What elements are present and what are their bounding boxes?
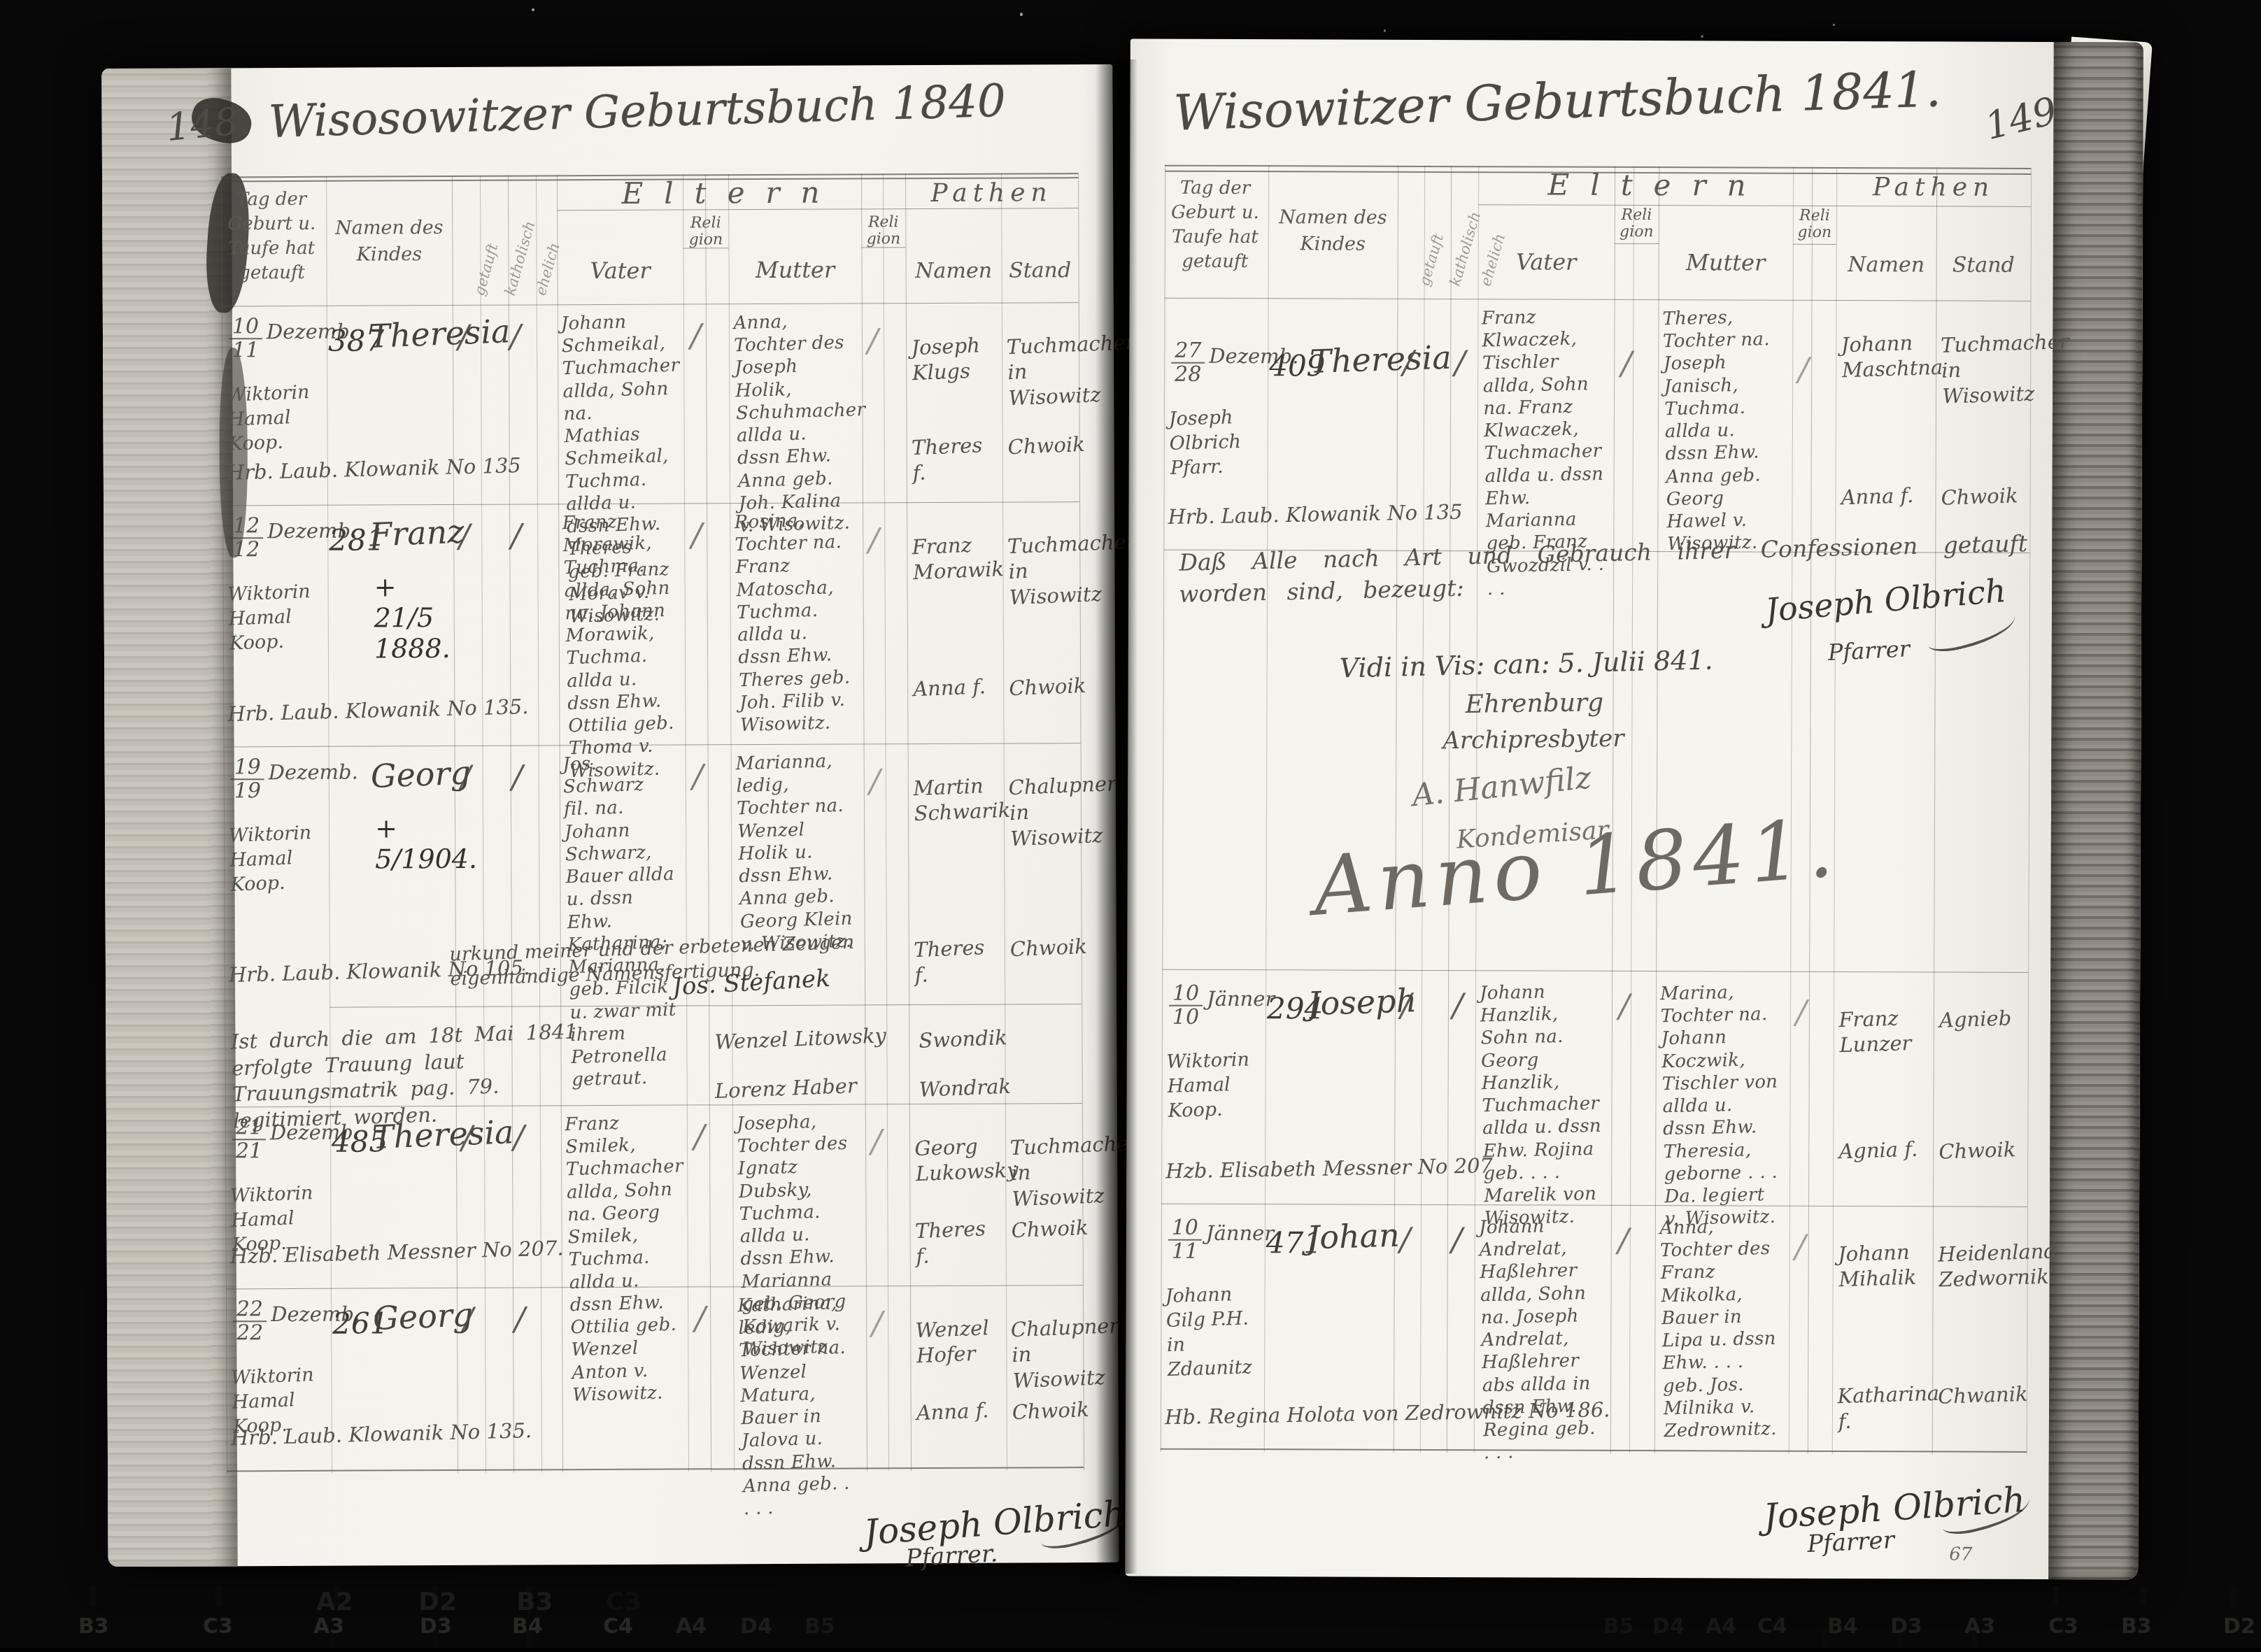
table-row-line — [1165, 298, 2031, 301]
page-number-right: 149 — [1980, 89, 2061, 149]
godparent-name: Theres f. — [914, 1215, 1001, 1269]
table-column-line — [536, 175, 542, 1472]
godparent-stand: Chalupner in Wisowitz — [1008, 772, 1078, 850]
header-date-column: Tag der Geburt u. Taufe hat getauft — [224, 187, 320, 286]
entry-tally-stroke: ∕ — [868, 520, 879, 558]
ruler-label: A2 — [316, 1588, 353, 1616]
ruler-label: A4 — [676, 1614, 707, 1639]
entry-tally-stroke: ∕ — [872, 1304, 883, 1341]
header-namen: Namen — [906, 259, 1002, 284]
table-column-line — [326, 176, 332, 1474]
ruler-label: C4 — [1757, 1614, 1787, 1639]
ruler-label: C3 — [606, 1588, 642, 1616]
header-child-name: Namen des Kindes — [1274, 204, 1392, 257]
table-row-line — [1615, 243, 1659, 244]
entry-tally-stroke: ∕ — [511, 517, 522, 555]
entry-tally-stroke: ∕ — [1795, 1227, 1806, 1265]
godparent-name: Franz Morawik — [912, 532, 998, 585]
ruler-label: A3 — [313, 1614, 344, 1639]
entry-celebrant: Joseph Olbrich Pfarr. — [1168, 404, 1267, 481]
table-row-line — [1793, 244, 1836, 245]
table-column-line — [883, 173, 889, 1471]
entry-tally-stroke: ∕ — [870, 762, 881, 799]
priest-signature-title: Pfarrer — [1806, 1526, 1894, 1558]
godparent-stand: Chwoik — [1941, 483, 2026, 511]
film-speck — [1701, 35, 1703, 38]
header-date-column: Tag der Geburt u. Taufe hat getauft — [1168, 176, 1263, 275]
godparent-name: Anna f. — [1841, 482, 1930, 510]
witness-name: Lorenz Haber — [714, 1071, 897, 1104]
header-religion: Reli gion — [1615, 207, 1659, 241]
ruler-label: D3 — [1890, 1614, 1922, 1639]
father-text: Johann Andrelat, Haßlehrer allda, Sohn n… — [1479, 1214, 1605, 1465]
header-stand: Stand — [1936, 253, 2031, 278]
ruler-tick — [2053, 1586, 2059, 1606]
entry-tally-stroke: ∕ — [458, 318, 469, 355]
ruler-label: B3 — [516, 1588, 553, 1616]
godparent-name: Johann Mihalik — [1838, 1239, 1928, 1292]
entry-tally-stroke: ∕ — [1452, 986, 1463, 1024]
entry-child-name: Johan — [1306, 1216, 1400, 1257]
entry-date: 2728 — [1171, 340, 1205, 385]
header-pathen: Pathen — [1836, 173, 2031, 202]
godparent-name: Theres f. — [914, 934, 1000, 988]
entry-tally-stroke: ∕ — [514, 1300, 525, 1338]
ruler-label: C3 — [2048, 1614, 2078, 1639]
godparent-stand: Chwoik — [1012, 1397, 1079, 1425]
witness-surname: Wondrak — [919, 1071, 1073, 1102]
entry-tally-stroke: ∕ — [1403, 343, 1414, 381]
entry-child-name: Georg — [370, 753, 472, 795]
entry-date: 1212 — [229, 515, 263, 560]
godparent-name: Johann Maschtna — [1841, 329, 1931, 383]
entry-child-name: Theresia — [368, 312, 511, 355]
entry-date: 1010 — [1169, 983, 1203, 1028]
entry-child-name: Theresia — [1309, 339, 1452, 380]
entry-month: Dezemb. — [269, 760, 358, 785]
entry-tally-stroke: ∕ — [693, 757, 704, 795]
midwife-note: Hrb. Laub. Klowanik No 135. — [227, 695, 529, 726]
ruler-label: D4 — [1652, 1614, 1685, 1639]
entry-date: 1919 — [231, 756, 264, 802]
vidi-title: Archipresbyter — [1443, 725, 1624, 755]
midwife-note: Hrb. Laub. Klowanik No 135 — [226, 453, 521, 485]
entry-month: Jänner — [1206, 1221, 1274, 1245]
entry-tally-stroke: ∕ — [512, 758, 523, 796]
page-title-left: Wisosowitzer Geburtsbuch 1840 — [268, 76, 1007, 148]
vidi-place: Ehrenburg — [1465, 688, 1603, 719]
entry-date: 2222 — [233, 1298, 267, 1344]
confession-signature-title: Pfarrer — [1827, 635, 1911, 666]
godparent-stand: Heidenland Zedwornik — [1938, 1239, 2024, 1293]
page-title-right: Wisowitzer Geburtsbuch 1841. — [1173, 60, 1942, 141]
godparent-name: Anna f. — [916, 1397, 1001, 1425]
vidi-signature: A. Hanwfilz — [1410, 760, 1593, 813]
godparent-stand: Tuchmacher in Wisowitz — [1009, 1132, 1079, 1211]
header-vater: Vater — [1478, 248, 1615, 276]
header-rotated-label: getauft — [1416, 232, 1447, 287]
ruler-label: B4 — [512, 1614, 543, 1639]
page-number-left: 148. — [164, 98, 252, 150]
entry-tally-stroke: ∕ — [867, 321, 879, 359]
table-column-line — [1654, 166, 1659, 1453]
table-row-line — [329, 1004, 1082, 1008]
godparent-stand: Chwoik — [1938, 1137, 2024, 1165]
entry-tally-stroke: ∕ — [695, 1299, 706, 1337]
entry-tally-stroke: ∕ — [691, 515, 702, 553]
ruler-label: B4 — [1827, 1614, 1858, 1639]
entry-date: 1011 — [1168, 1217, 1202, 1262]
entry-celebrant: Wiktorin Hamal Koop. — [1166, 1047, 1265, 1124]
table-column-line — [728, 174, 735, 1472]
mother-text: Marina, Tochter na. Johann Koczwik, Tisc… — [1660, 981, 1782, 1231]
entry-celebrant: Wiktorin Hamal Koop. — [228, 820, 327, 897]
entry-death-note: + 21/5 1888. — [374, 571, 450, 664]
midwife-note: Hzb. Elisabeth Messner No 207 — [1165, 1153, 1493, 1183]
header-religion: Reli gion — [683, 215, 728, 249]
entry-tally-stroke: ∕ — [1401, 986, 1412, 1024]
left-page: 148. Wisosowitzer Geburtsbuch 1840 urkun… — [101, 64, 1119, 1567]
ruler-tick — [2230, 1586, 2236, 1606]
father-text: Johann Hanzlik, Sohn na. Georg Hanzlik, … — [1480, 980, 1606, 1230]
ruler-label: B5 — [1603, 1614, 1634, 1639]
entry-tally-stroke: ∕ — [1796, 993, 1807, 1031]
priest-signature-title: Pfarrer. — [905, 1539, 999, 1572]
entry-celebrant: Wiktorin Hamal Koop. — [227, 379, 326, 457]
godparent-stand: Chalupner in Wisowitz — [1010, 1314, 1080, 1393]
entry-tally-stroke: ∕ — [513, 1118, 525, 1156]
header-eltern: Eltern — [1478, 167, 1836, 203]
table-row-line — [1478, 204, 2031, 207]
godparent-name: Martin Schwarik — [913, 772, 1000, 826]
entry-tally-stroke: ∕ — [871, 1122, 882, 1160]
ruler-tick — [2141, 1586, 2147, 1606]
header-vater: Vater — [558, 257, 683, 285]
ruler-label: A4 — [1706, 1614, 1736, 1639]
godparent-name: Franz Lunzer — [1838, 1004, 1929, 1058]
entry-tally-stroke: ∕ — [694, 1117, 705, 1155]
mother-text: Anna, Tochter des Joseph Holik, Schuhmac… — [733, 309, 856, 538]
table-column-line — [905, 173, 912, 1471]
ruler-label: A3 — [1964, 1614, 1995, 1639]
ruler-label: B3 — [2121, 1614, 2152, 1639]
ruler-label: D3 — [420, 1614, 452, 1639]
entry-tally-stroke: ∕ — [1621, 344, 1632, 382]
entry-child-name: Franz — [369, 513, 465, 554]
header-mutter: Mutter — [729, 256, 862, 283]
godparent-stand: Chwoik — [1009, 673, 1077, 701]
entry-tally-stroke: ∕ — [462, 1300, 474, 1338]
ruler-label: C3 — [203, 1614, 233, 1639]
entry-tally-stroke: ∕ — [462, 1118, 473, 1156]
mother-text: Rosina, Tochter na. Franz Matoscha, Tuch… — [734, 508, 856, 737]
table-column-line — [705, 174, 711, 1472]
mother-text: Theres, Tochter na. Joseph Janisch, Tuch… — [1662, 306, 1785, 556]
ruler-tick — [215, 1586, 222, 1606]
anno-heading: Anno 1841. — [1310, 801, 1842, 934]
ruler-label: B3 — [78, 1614, 109, 1639]
ruler-tick — [90, 1586, 96, 1606]
header-mutter: Mutter — [1659, 249, 1793, 276]
entry-celebrant: Johann Gilg P.H. in Zdaunitz — [1165, 1281, 1264, 1383]
table-column-line — [480, 176, 486, 1473]
godparent-name: Joseph Klugs — [911, 332, 998, 386]
godparent-stand: Chwoik — [1009, 934, 1077, 962]
table-column-line — [1161, 165, 1165, 1452]
table-row-line — [227, 1467, 1084, 1472]
table-row-line — [1162, 969, 2028, 973]
film-speck — [1833, 24, 1835, 26]
entry-death-note: + 5/1904. — [375, 813, 477, 875]
godparent-name: Georg Lukowsky — [914, 1132, 1001, 1186]
father-text: Franz Smilek, Tuchmacher allda, Sohn na.… — [565, 1111, 683, 1407]
header-religion: Reli gion — [861, 214, 905, 248]
density-ruler: A2D2B3C3B3C3A3D3B4C4A4D4B5B5D4A4C4B4D3A3… — [0, 1586, 2261, 1648]
mother-text: Marianna, ledig, Tochter na. Wenzel Holi… — [735, 750, 857, 956]
book-edge-right — [2048, 42, 2143, 1579]
ruler-label: D2 — [418, 1588, 457, 1616]
entry-celebrant: Wiktorin Hamal Koop. — [227, 578, 327, 656]
header-pathen: Pathen — [905, 178, 1078, 208]
father-text: Franz Morawik, Tuchma. allda, Sohn na. J… — [562, 509, 680, 783]
ruler-label: D2 — [2223, 1614, 2255, 1639]
ruler-label: D4 — [740, 1614, 772, 1639]
godparent-stand: Agnieb — [1938, 1005, 2024, 1033]
register-table-left: urkund meiner und der erbetenen Zeugen e… — [221, 173, 1084, 1474]
witness-name: Wenzel Litowsky — [714, 1023, 897, 1055]
godparent-stand: Tuchmacher in Wisowitz — [1007, 531, 1077, 609]
header-religion: Reli gion — [1793, 208, 1836, 242]
godparent-stand: Chwoik — [1007, 432, 1075, 460]
father-text: Franz Klwaczek, Tischler allda, Sohn na.… — [1481, 305, 1608, 601]
entry-child-name: Georg — [372, 1295, 474, 1337]
father-text: Jos. Schwarz fil. na. Johann Schwarz, Ba… — [562, 750, 683, 1092]
entry-child-name: Theresia — [371, 1113, 514, 1156]
film-speck — [1020, 13, 1023, 16]
entry-tally-stroke: ∕ — [460, 758, 472, 796]
film-speck — [1384, 29, 1386, 32]
entry-date: 1011 — [229, 315, 262, 361]
right-page: Wisowitzer Geburtsbuch 1841. 149 Daß All… — [1125, 38, 2143, 1579]
godparent-stand: Tuchmacher in Wisowitz — [1006, 332, 1076, 410]
table-row-line — [222, 302, 1079, 306]
table-column-line — [508, 176, 514, 1473]
entry-tally-stroke: ∕ — [1619, 987, 1630, 1025]
register-table-right: Daß Alle nach Art und Gebrauch ihrer Con… — [1161, 165, 2031, 1455]
ruler-label: C4 — [603, 1614, 633, 1639]
film-speck — [532, 8, 534, 11]
godparent-stand: Tuchmacher in Wisowitz — [1941, 330, 2027, 408]
entry-month: Jänner — [1207, 987, 1275, 1011]
mother-text: Katharina, ledig, Tochter na. Wenzel Mat… — [737, 1292, 860, 1521]
midwife-note: Hrb. Laub. Klowanik No 135 — [1168, 500, 1463, 529]
header-namen: Namen — [1836, 252, 1936, 277]
godparent-name: Katharina f. — [1837, 1381, 1927, 1434]
table-column-line — [1078, 173, 1084, 1470]
witness-surname: Swondik — [919, 1022, 1073, 1053]
entry-tally-stroke: ∕ — [1454, 343, 1466, 381]
mother-text: Anna, Tochter des Franz Mikolka, Bauer i… — [1659, 1215, 1782, 1443]
godparent-stand: Chwanik — [1938, 1381, 2023, 1409]
header-eltern: Eltern — [557, 175, 905, 211]
header-rotated-label: katholisch — [502, 219, 539, 297]
entry-tally-stroke: ∕ — [1618, 1221, 1629, 1259]
entry-tally-stroke: ∕ — [1798, 350, 1809, 388]
godparent-name: Agnia f. — [1838, 1136, 1928, 1164]
header-stand: Stand — [1002, 258, 1079, 283]
table-column-line — [861, 173, 867, 1471]
entry-tally-stroke: ∕ — [1452, 1220, 1463, 1258]
header-rotated-label: getauft — [471, 241, 502, 297]
frame-corner-number: 67 — [1949, 1544, 1972, 1565]
table-column-line — [1610, 166, 1615, 1453]
microfilm-frame: 148. Wisosowitzer Geburtsbuch 1840 urkun… — [0, 0, 2261, 1652]
entry-tally-stroke: ∕ — [1400, 1220, 1411, 1258]
entry-tally-stroke: ∕ — [510, 318, 521, 355]
book-gutter-shadow — [1096, 59, 1137, 1574]
entry-date: 2121 — [232, 1116, 266, 1162]
table-column-line — [683, 175, 689, 1472]
godparent-stand: Chwoik — [1011, 1215, 1079, 1243]
table-column-line — [1474, 166, 1479, 1453]
header-child-name: Namen des Kindes — [332, 215, 446, 268]
godparent-name: Theres f. — [911, 432, 998, 486]
godparent-name: Wenzel Hofer — [915, 1314, 1002, 1368]
ruler-label: B5 — [805, 1614, 835, 1639]
godparent-name: Anna f. — [913, 673, 998, 702]
entry-tally-stroke: ∕ — [459, 517, 470, 555]
entry-tally-stroke: ∕ — [690, 316, 702, 354]
